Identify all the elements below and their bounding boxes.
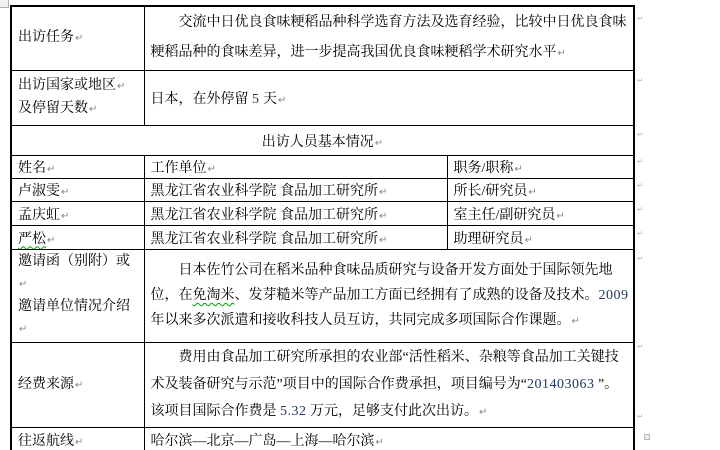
table-row: 出访任务↵ 交流中日优良食味粳稻品种科学选育方法及选育经验，比较中日优良食味 粳… xyxy=(11,6,634,71)
funding-content-cell: 费用由食品加工研究所承担的农业部“活性稻米、杂粮等食品加工关键技 术及装备研究与… xyxy=(144,343,634,428)
col-header-name: 姓名↵ xyxy=(11,156,144,179)
person-position-cell: 室主任/副研究员↵ xyxy=(447,202,634,226)
cell-end-mark: ↵ xyxy=(528,187,536,198)
person-workplace: 黑龙江省农业科学院 食品加工研究所 xyxy=(151,208,379,223)
project-number: 201403063 xyxy=(527,377,595,392)
document-page: 出访任务↵ 交流中日优良食味粳稻品种科学选育方法及选育经验，比较中日优良食味 粳… xyxy=(0,0,720,450)
cell-end-mark: ↵ xyxy=(75,437,83,448)
person-workplace-cell: 黑龙江省农业科学院 食品加工研究所↵ xyxy=(144,202,447,226)
destination-content-cell: 日本，在外停留 5 天↵ xyxy=(144,71,634,126)
person-name-spellchecked: 严松 xyxy=(18,232,46,247)
table-row: 经费来源↵ 费用由食品加工研究所承担的农业部“活性稻米、杂粮等食品加工关键技 术… xyxy=(11,343,634,428)
row-end-mark: ↵ xyxy=(637,14,644,23)
person-workplace: 黑龙江省农业科学院 食品加工研究所 xyxy=(151,232,379,247)
table-row: 邀请函（别附）或↵ 邀请单位情况介绍↵ 日本佐竹公司在稻米品种食味品质研究与设备… xyxy=(11,250,634,343)
row-end-mark: ↵ xyxy=(637,412,644,421)
cell-end-mark: ↵ xyxy=(572,316,580,327)
cell-end-mark: ↵ xyxy=(19,279,27,290)
person-position-cell: 助理研究员↵ xyxy=(447,226,634,250)
cell-end-mark: ↵ xyxy=(525,235,533,246)
row-end-mark: ↵ xyxy=(637,229,644,238)
row-end-mark: ↵ xyxy=(637,76,644,85)
task-content-cell: 交流中日优良食味粳稻品种科学选育方法及选育经验，比较中日优良食味 粳稻品种的食味… xyxy=(144,6,634,71)
row-end-mark: ↵ xyxy=(637,342,644,351)
route-text: 哈尔滨—北京—广岛—上海—哈尔滨 xyxy=(151,434,375,449)
person-name: 卢淑雯 xyxy=(18,184,60,199)
cell-end-mark: ↵ xyxy=(514,164,522,175)
year-number: 2009 xyxy=(599,288,629,303)
person-position: 助理研究员 xyxy=(454,232,524,247)
invitation-text-line1: 日本佐竹公司在稻米品种食味品质研究与设备开发方面处于国际领先地 xyxy=(151,258,628,283)
funding-label: 经费来源 xyxy=(18,377,74,392)
cell-end-mark: ↵ xyxy=(379,187,387,198)
cell-end-mark: ↵ xyxy=(375,138,383,149)
destination-label-line1: 出访国家或地区↵ xyxy=(18,75,138,98)
cell-end-mark: ↵ xyxy=(208,164,216,175)
spellchecked-word: 免淘米 xyxy=(193,288,235,303)
table-row: 出访国家或地区↵ 及停留天数↵ 日本，在外停留 5 天↵ xyxy=(11,71,634,126)
person-position-cell: 所长/研究员↵ xyxy=(447,179,634,202)
days-number: 5 xyxy=(252,92,260,107)
cell-end-mark: ↵ xyxy=(479,407,487,418)
row-end-mark: ↵ xyxy=(637,205,644,214)
row-end-mark: ↵ xyxy=(637,254,644,263)
task-text-line1: 交流中日优良食味粳稻品种科学选育方法及选育经验，比较中日优良食味 xyxy=(151,8,628,38)
amount-number: 5.32 xyxy=(280,404,307,419)
cell-end-mark: ↵ xyxy=(376,437,384,448)
invitation-text-line3: 年以来多次派遣和接收科技人员互访，共同完成多项国际合作课题。↵ xyxy=(151,308,628,334)
destination-label-line2: 及停留天数↵ xyxy=(18,98,138,121)
route-label-cell: 往返航线↵ xyxy=(11,428,144,450)
person-workplace: 黑龙江省农业科学院 食品加工研究所 xyxy=(151,184,379,199)
invitation-label-line1: 邀请函（别附）或↵ xyxy=(18,251,138,296)
cell-end-mark: ↵ xyxy=(379,211,387,222)
route-content-cell: 哈尔滨—北京—广岛—上海—哈尔滨↵ xyxy=(144,428,634,450)
invitation-content-cell: 日本佐竹公司在稻米品种食味品质研究与设备开发方面处于国际领先地 位，在免淘米、发… xyxy=(144,250,634,343)
cell-end-mark: ↵ xyxy=(61,187,69,198)
invitation-label-cell: 邀请函（别附）或↵ 邀请单位情况介绍↵ xyxy=(11,250,144,343)
person-workplace-cell: 黑龙江省农业科学院 食品加工研究所↵ xyxy=(144,179,447,202)
cell-end-mark: ↵ xyxy=(47,164,55,175)
cell-end-mark: ↵ xyxy=(558,48,566,59)
visit-application-table: 出访任务↵ 交流中日优良食味粳稻品种科学选育方法及选育经验，比较中日优良食味 粳… xyxy=(10,5,635,450)
cell-end-mark: ↵ xyxy=(47,235,55,246)
cell-end-mark: ↵ xyxy=(75,380,83,391)
personnel-row: 严松↵ 黑龙江省农业科学院 食品加工研究所↵ 助理研究员↵ xyxy=(11,226,634,250)
person-name-cell: 孟庆虹↵ xyxy=(11,202,144,226)
table-header-row: 姓名↵ 工作单位↵ 职务/职称↵ xyxy=(11,156,634,179)
personnel-row: 孟庆虹↵ 黑龙江省农业科学院 食品加工研究所↵ 室主任/副研究员↵ xyxy=(11,202,634,226)
cell-end-mark: ↵ xyxy=(278,95,286,106)
table-row: 出访人员基本情况↵ xyxy=(11,126,634,156)
cell-end-mark: ↵ xyxy=(556,211,564,222)
cell-end-mark: ↵ xyxy=(379,235,387,246)
person-name: 孟庆虹 xyxy=(18,208,60,223)
funding-label-cell: 经费来源↵ xyxy=(11,343,144,428)
cell-end-mark: ↵ xyxy=(117,81,125,92)
row-end-mark: ↵ xyxy=(637,130,644,139)
invitation-text-line2: 位，在免淘米、发芽糙米等产品加工方面已经拥有了成熟的设备及技术。2009 xyxy=(151,283,628,308)
person-workplace-cell: 黑龙江省农业科学院 食品加工研究所↵ xyxy=(144,226,447,250)
funding-text-line3: 该项目国际合作费是 5.32 万元，足够支付此次出访。↵ xyxy=(151,398,628,426)
table-move-handle-icon[interactable] xyxy=(0,0,9,8)
personnel-row: 卢淑雯↵ 黑龙江省农业科学院 食品加工研究所↵ 所长/研究员↵ xyxy=(11,179,634,202)
destination-label-cell: 出访国家或地区↵ 及停留天数↵ xyxy=(11,71,144,126)
task-label-cell: 出访任务↵ xyxy=(11,6,144,71)
row-end-mark: ↵ xyxy=(637,181,644,190)
personnel-section-header-cell: 出访人员基本情况↵ xyxy=(11,126,634,156)
task-text-line2: 粳稻品种的食味差异，进一步提高我国优良食味粳稻学术研究水平↵ xyxy=(151,38,628,69)
person-position: 所长/研究员 xyxy=(454,184,528,199)
row-end-mark: ↵ xyxy=(637,157,644,166)
person-position: 室主任/副研究员 xyxy=(454,208,556,223)
cell-end-mark: ↵ xyxy=(75,33,83,44)
cell-end-mark: ↵ xyxy=(19,324,27,335)
person-name-cell: 严松↵ xyxy=(11,226,144,250)
table-resize-handle[interactable] xyxy=(644,434,650,440)
table-row: 往返航线↵ 哈尔滨—北京—广岛—上海—哈尔滨↵ xyxy=(11,428,634,450)
route-label: 往返航线 xyxy=(18,434,74,449)
invitation-label-line2: 邀请单位情况介绍↵ xyxy=(18,296,138,341)
funding-text-line2: 术及装备研究与示范”项目中的国际合作费承担，项目编号为“201403063 ”。 xyxy=(151,371,628,398)
cell-end-mark: ↵ xyxy=(61,211,69,222)
col-header-position: 职务/职称↵ xyxy=(447,156,634,179)
person-name-cell: 卢淑雯↵ xyxy=(11,179,144,202)
task-label: 出访任务 xyxy=(18,30,74,45)
cell-end-mark: ↵ xyxy=(89,104,97,115)
funding-text-line1: 费用由食品加工研究所承担的农业部“活性稻米、杂粮等食品加工关键技 xyxy=(151,344,628,371)
destination-text: 日本，在外停留 5 天↵ xyxy=(151,92,287,107)
col-header-workplace: 工作单位↵ xyxy=(144,156,447,179)
personnel-section-title: 出访人员基本情况 xyxy=(262,135,374,150)
